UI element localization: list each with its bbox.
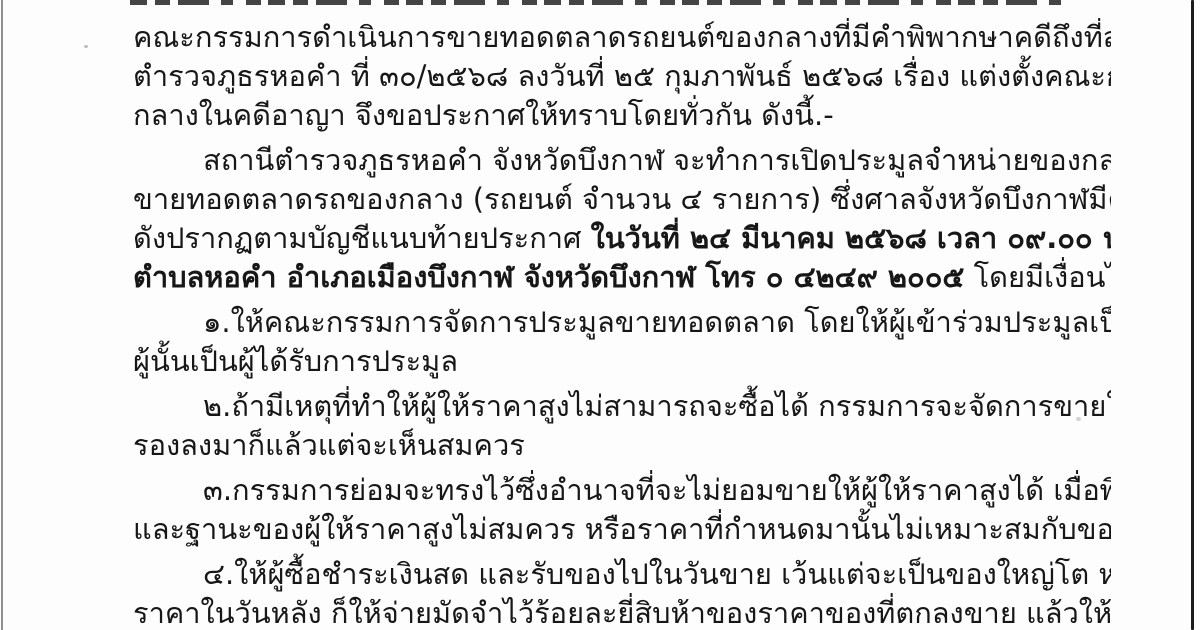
condition-2: ๒.ถ้ามีเหตุที่ทำให้ผู้ให้ราคาสูงไม่สามาร… (133, 387, 1111, 465)
text-line: ขายทอดตลาดรถของกลาง (รถยนต์ จำนวน ๔ รายก… (133, 180, 1111, 219)
emphasized-text-segment: ในวันที่ ๒๔ มีนาคม ๒๕๖๘ เวลา ๐๙.๐๐ น.ที่… (591, 221, 1111, 255)
document-body: คณะกรรมการดำเนินการขายทอดตลาดรถยนต์ของกล… (133, 18, 1111, 630)
text-segment: ๑.ให้คณะกรรมการจัดการประมูลขายทอดตลาด โด… (203, 305, 1111, 339)
text-line: คณะกรรมการดำเนินการขายทอดตลาดรถยนต์ของกล… (133, 18, 1111, 57)
text-line: และฐานะของผู้ให้ราคาสูงไม่สมควร หรือราคา… (133, 510, 1111, 549)
scan-edge-line-right (1191, 0, 1194, 630)
text-segment: สถานีตำรวจภูธรหอคำ จังหวัดบึงกาฬ จะทำการ… (203, 143, 1111, 177)
scan-speck (84, 45, 88, 48)
text-line: ตำรวจภูธรหอคำ ที่ ๓๐/๒๕๖๘ ลงวันที่ ๒๕ กุ… (133, 57, 1111, 96)
text-line: ๒.ถ้ามีเหตุที่ทำให้ผู้ให้ราคาสูงไม่สามาร… (133, 387, 1111, 426)
text-segment: ๔.ให้ผู้ซื้อชำระเงินสด และรับของไปในวันข… (203, 557, 1111, 591)
text-line: ๑.ให้คณะกรรมการจัดการประมูลขายทอดตลาด โด… (133, 303, 1111, 342)
text-segment: ๓.กรรมการย่อมจะทรงไว้ซึ่งอำนาจที่จะไม่ยอ… (203, 473, 1111, 507)
text-segment: ราคาในวันหลัง ก็ให้จ่ายมัดจำไว้ร้อยละยี่… (133, 596, 1111, 630)
text-line: ๔.ให้ผู้ซื้อชำระเงินสด และรับของไปในวันข… (133, 555, 1111, 594)
text-segment: โดยมีเงื่อนไขดังนี้ (964, 260, 1111, 294)
text-segment: และฐานะของผู้ให้ราคาสูงไม่สมควร หรือราคา… (133, 512, 1111, 546)
scanned-document-page: { "meta": { "kind": "scanned official an… (0, 0, 1200, 630)
auction-details-paragraph: สถานีตำรวจภูธรหอคำ จังหวัดบึงกาฬ จะทำการ… (133, 141, 1111, 297)
text-segment: ดังปรากฏตามบัญชีแนบท้ายประกาศ (133, 221, 591, 255)
text-segment: รองลงมาก็แล้วแต่จะเห็นสมควร (133, 428, 525, 462)
condition-4: ๔.ให้ผู้ซื้อชำระเงินสด และรับของไปในวันข… (133, 555, 1111, 630)
text-line: กลางในคดีอาญา จึงขอประกาศให้ทราบโดยทั่วก… (133, 96, 1111, 135)
text-segment: ขายทอดตลาดรถของกลาง (รถยนต์ จำนวน ๔ รายก… (133, 182, 1111, 216)
text-segment: คณะกรรมการดำเนินการขายทอดตลาดรถยนต์ของกล… (133, 20, 1111, 54)
text-line: ๓.กรรมการย่อมจะทรงไว้ซึ่งอำนาจที่จะไม่ยอ… (133, 471, 1111, 510)
scan-edge-line-left (1, 0, 3, 630)
emphasized-text-segment: ตำบลหอคำ อำเภอเมืองบึงกาฬ จังหวัดบึงกาฬ … (133, 260, 964, 294)
text-line: ราคาในวันหลัง ก็ให้จ่ายมัดจำไว้ร้อยละยี่… (133, 594, 1111, 630)
text-line: ตำบลหอคำ อำเภอเมืองบึงกาฬ จังหวัดบึงกาฬ … (133, 258, 1111, 297)
text-line: ดังปรากฏตามบัญชีแนบท้ายประกาศ ในวันที่ ๒… (133, 219, 1111, 258)
text-segment: ผู้นั้นเป็นผู้ได้รับการประมูล (133, 344, 458, 378)
text-segment: ๒.ถ้ามีเหตุที่ทำให้ผู้ให้ราคาสูงไม่สามาร… (203, 389, 1111, 423)
condition-1: ๑.ให้คณะกรรมการจัดการประมูลขายทอดตลาด โด… (133, 303, 1111, 381)
text-segment: ตำรวจภูธรหอคำ ที่ ๓๐/๒๕๖๘ ลงวันที่ ๒๕ กุ… (133, 59, 1111, 93)
text-line: สถานีตำรวจภูธรหอคำ จังหวัดบึงกาฬ จะทำการ… (133, 141, 1111, 180)
text-line: ผู้นั้นเป็นผู้ได้รับการประมูล (133, 342, 1111, 381)
condition-3: ๓.กรรมการย่อมจะทรงไว้ซึ่งอำนาจที่จะไม่ยอ… (133, 471, 1111, 549)
text-segment: กลางในคดีอาญา จึงขอประกาศให้ทราบโดยทั่วก… (133, 98, 834, 132)
clipped-text-remnant-top (130, 0, 1074, 5)
intro-paragraph: คณะกรรมการดำเนินการขายทอดตลาดรถยนต์ของกล… (133, 18, 1111, 135)
text-line: รองลงมาก็แล้วแต่จะเห็นสมควร (133, 426, 1111, 465)
